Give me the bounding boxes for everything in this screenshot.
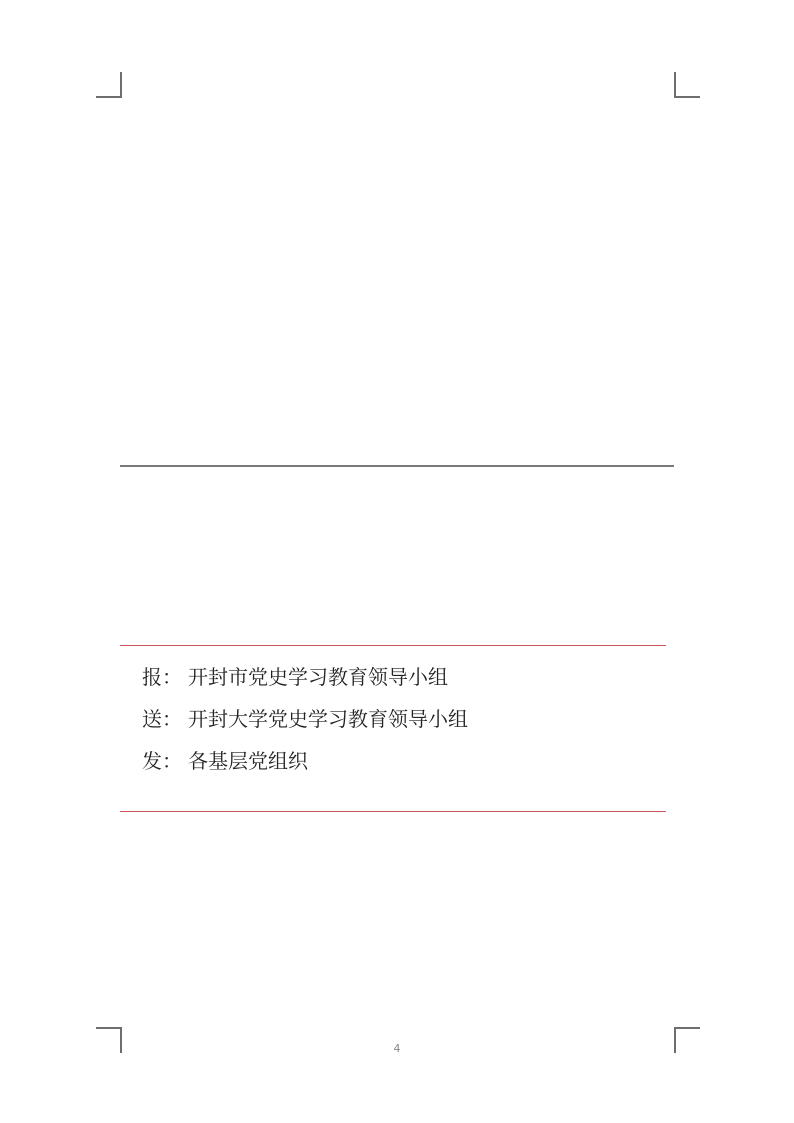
distribution-list: 报：开封市党史学习教育领导小组 送：开封大学党史学习教育领导小组 发：各基层党组… — [142, 663, 468, 789]
distribution-label: 送： — [142, 705, 182, 733]
distribution-row-issue: 发：各基层党组织 — [142, 747, 468, 789]
distribution-value: 各基层党组织 — [188, 747, 308, 775]
distribution-bottom-rule — [120, 811, 666, 812]
distribution-label: 报： — [142, 663, 182, 691]
distribution-value: 开封市党史学习教育领导小组 — [188, 663, 448, 691]
distribution-value: 开封大学党史学习教育领导小组 — [188, 705, 468, 733]
section-divider — [120, 465, 674, 467]
distribution-top-rule — [120, 645, 666, 646]
page-number: 4 — [0, 1042, 794, 1055]
distribution-row-report: 报：开封市党史学习教育领导小组 — [142, 663, 468, 705]
distribution-row-send: 送：开封大学党史学习教育领导小组 — [142, 705, 468, 747]
crop-mark-top-left — [96, 72, 122, 98]
distribution-label: 发： — [142, 747, 182, 775]
crop-mark-top-right — [674, 72, 700, 98]
